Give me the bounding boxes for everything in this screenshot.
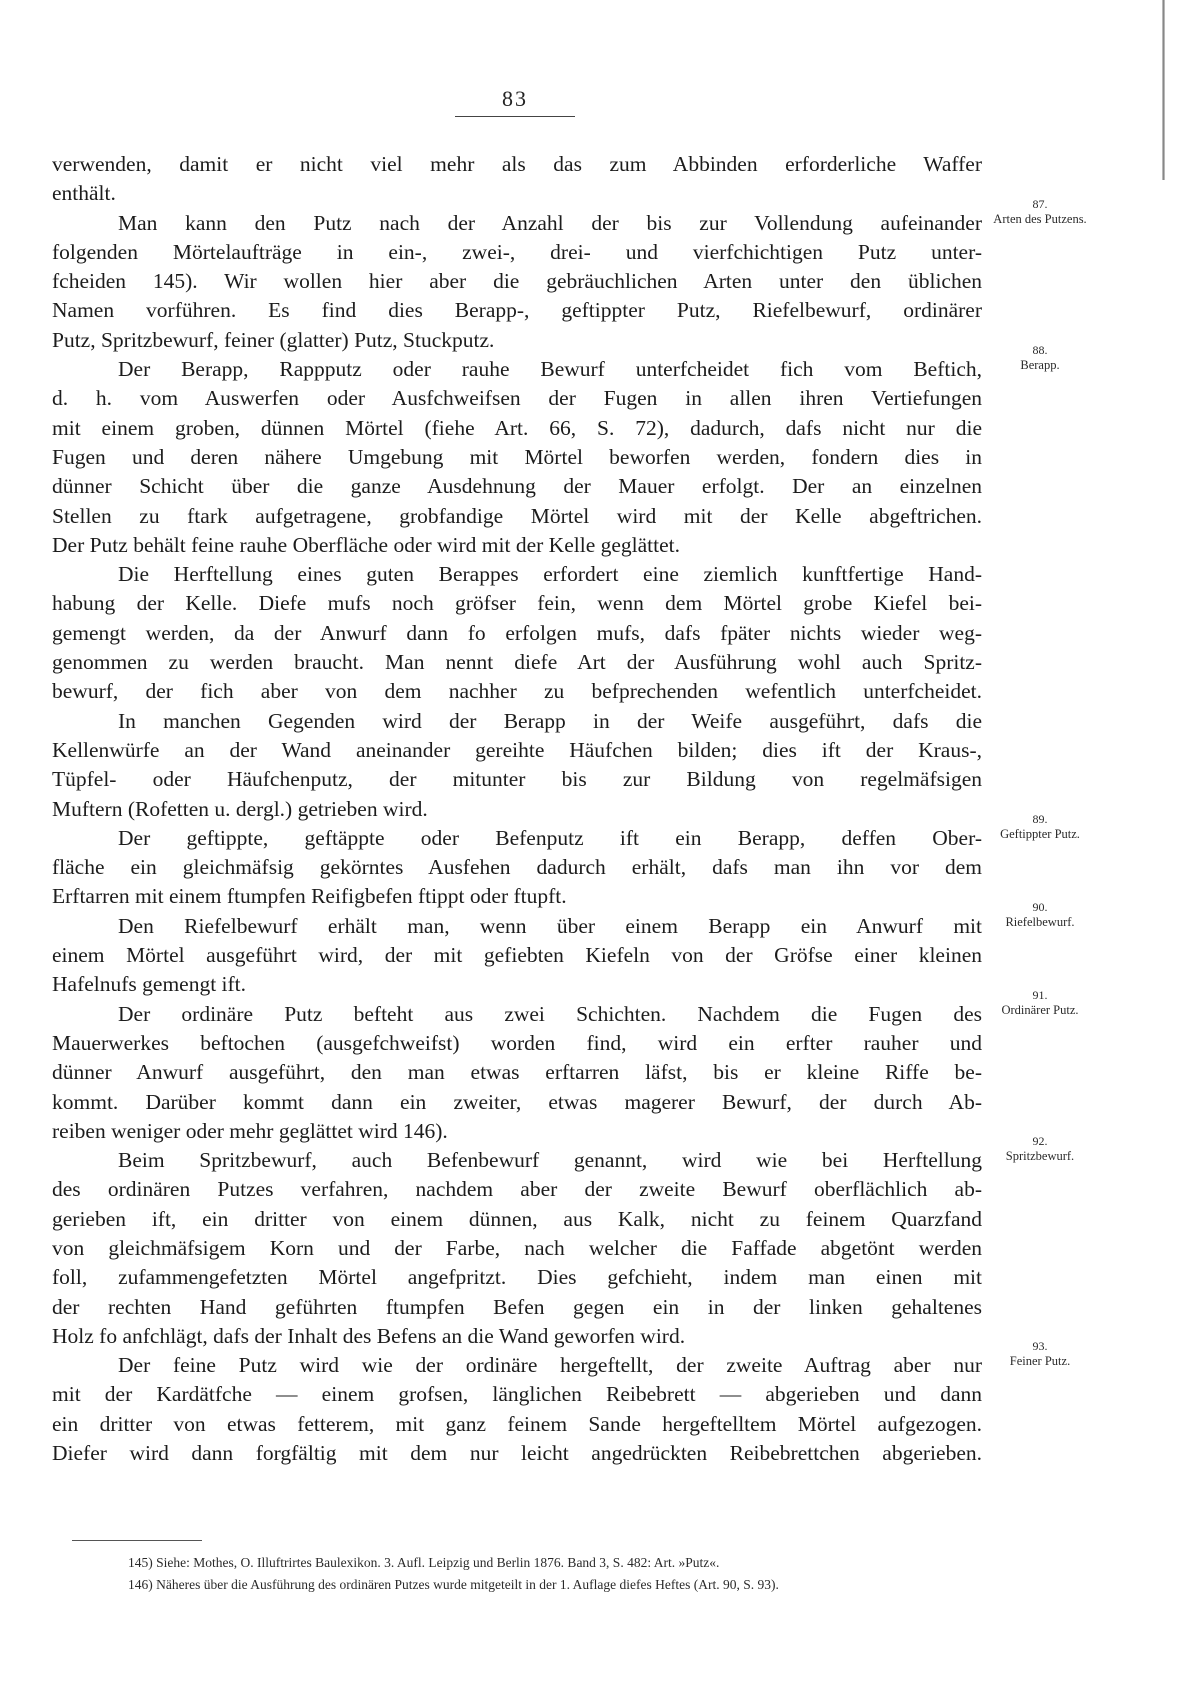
- margin-note: 88.Berapp.: [985, 343, 1095, 373]
- text-line: Der feine Putz wird wie der ordinäre her…: [52, 1351, 982, 1380]
- margin-note-label: Arten des Putzens.: [993, 212, 1086, 226]
- text-line: Tüpfel- oder Häufchenputz, der mitunter …: [52, 765, 982, 794]
- document-page: 83 verwenden, damit er nicht viel mehr a…: [0, 0, 1204, 1700]
- margin-note-number: 91.: [985, 988, 1095, 1003]
- text-line: habung der Kelle. Diefe mufs noch gröfse…: [52, 589, 982, 618]
- text-line: Erftarren mit einem ftumpfen Reifigbefen…: [52, 882, 982, 911]
- margin-note-label: Feiner Putz.: [1010, 1354, 1070, 1368]
- margin-note-label: Spritzbewurf.: [1006, 1149, 1074, 1163]
- footnote: 145) Siehe: Mothes, O. Illuftrirtes Baul…: [128, 1552, 1008, 1574]
- text-line: genommen zu werden braucht. Man nennt di…: [52, 648, 982, 677]
- text-line: Muftern (Rofetten u. dergl.) getrieben w…: [52, 795, 982, 824]
- text-line: von gleichmäfsigem Korn und der Farbe, n…: [52, 1234, 982, 1263]
- text-line: enthält.: [52, 179, 982, 208]
- margin-note: 89.Geftippter Putz.: [985, 812, 1095, 842]
- text-line: einem Mörtel ausgeführt wird, der mit ge…: [52, 941, 982, 970]
- margin-note-number: 87.: [985, 197, 1095, 212]
- text-line: reiben weniger oder mehr geglättet wird …: [52, 1117, 982, 1146]
- margin-note: 92.Spritzbewurf.: [985, 1134, 1095, 1164]
- text-line: fläche ein gleichmäfsig gekörntes Ausfeh…: [52, 853, 982, 882]
- margin-note: 93.Feiner Putz.: [985, 1339, 1095, 1369]
- page-header: 83: [455, 86, 575, 117]
- text-line: Der Berapp, Rappputz oder rauhe Bewurf u…: [52, 355, 982, 384]
- page-binding-edge: [1162, 0, 1165, 180]
- text-line: mit der Kardätfche — einem grofsen, läng…: [52, 1380, 982, 1409]
- margin-note-number: 89.: [985, 812, 1095, 827]
- margin-note-label: Geftippter Putz.: [1000, 827, 1080, 841]
- text-line: dünner Schicht über die ganze Ausdehnung…: [52, 472, 982, 501]
- text-line: bewurf, der fich aber von dem nachher zu…: [52, 677, 982, 706]
- text-line: Putz, Spritzbewurf, feiner (glatter) Put…: [52, 326, 982, 355]
- text-line: Kellenwürfe an der Wand aneinander gerei…: [52, 736, 982, 765]
- text-line: ein dritter von etwas fetterem, mit ganz…: [52, 1410, 982, 1439]
- text-line: gerieben ift, ein dritter von einem dünn…: [52, 1205, 982, 1234]
- text-line: Diefer wird dann forgfältig mit dem nur …: [52, 1439, 982, 1468]
- text-line: Mauerwerkes beftochen (ausgefchweifst) w…: [52, 1029, 982, 1058]
- text-line: Man kann den Putz nach der Anzahl der bi…: [52, 209, 982, 238]
- text-line: Der geftippte, geftäppte oder Befenputz …: [52, 824, 982, 853]
- header-rule: [455, 116, 575, 117]
- margin-note-label: Berapp.: [1020, 358, 1059, 372]
- margin-note-label: Riefelbewurf.: [1005, 915, 1074, 929]
- footnotes: 145) Siehe: Mothes, O. Illuftrirtes Baul…: [128, 1552, 1008, 1596]
- footnote: 146) Näheres über die Ausführung des ord…: [128, 1574, 1008, 1596]
- margin-note: 91.Ordinärer Putz.: [985, 988, 1095, 1018]
- text-line: Stellen zu ftark aufgetragene, grobfandi…: [52, 502, 982, 531]
- text-line: Namen vorführen. Es find dies Berapp-, g…: [52, 296, 982, 325]
- margin-note-number: 90.: [985, 900, 1095, 915]
- text-line: In manchen Gegenden wird der Berapp in d…: [52, 707, 982, 736]
- text-line: folgenden Mörtelaufträge in ein-, zwei-,…: [52, 238, 982, 267]
- margin-note-number: 92.: [985, 1134, 1095, 1149]
- text-line: Die Herftellung eines guten Berappes erf…: [52, 560, 982, 589]
- text-line: dünner Anwurf ausgeführt, den man etwas …: [52, 1058, 982, 1087]
- text-line: foll, zufammengefetzten Mörtel angefprit…: [52, 1263, 982, 1292]
- margin-note-number: 93.: [985, 1339, 1095, 1354]
- text-line: Der ordinäre Putz befteht aus zwei Schic…: [52, 1000, 982, 1029]
- margin-note: 90.Riefelbewurf.: [985, 900, 1095, 930]
- text-line: Der Putz behält feine rauhe Oberfläche o…: [52, 531, 982, 560]
- text-line: Fugen und deren nähere Umgebung mit Mört…: [52, 443, 982, 472]
- text-line: des ordinären Putzes verfahren, nachdem …: [52, 1175, 982, 1204]
- text-line: Beim Spritzbewurf, auch Befenbewurf gena…: [52, 1146, 982, 1175]
- text-line: gemengt werden, da der Anwurf dann fo er…: [52, 619, 982, 648]
- text-line: mit einem groben, dünnen Mörtel (fiehe A…: [52, 414, 982, 443]
- text-line: Den Riefelbewurf erhält man, wenn über e…: [52, 912, 982, 941]
- text-line: fcheiden 145). Wir wollen hier aber die …: [52, 267, 982, 296]
- text-line: kommt. Darüber kommt dann ein zweiter, e…: [52, 1088, 982, 1117]
- margin-note: 87.Arten des Putzens.: [985, 197, 1095, 227]
- page-number: 83: [455, 86, 575, 112]
- text-line: verwenden, damit er nicht viel mehr als …: [52, 150, 982, 179]
- footnote-rule: [72, 1540, 202, 1541]
- text-line: Holz fo anfchlägt, dafs der Inhalt des B…: [52, 1322, 982, 1351]
- body-text: verwenden, damit er nicht viel mehr als …: [52, 150, 982, 1468]
- text-line: d. h. vom Auswerfen oder Ausfchweifsen d…: [52, 384, 982, 413]
- margin-note-label: Ordinärer Putz.: [1001, 1003, 1078, 1017]
- margin-note-number: 88.: [985, 343, 1095, 358]
- text-line: Hafelnufs gemengt ift.: [52, 970, 982, 999]
- text-line: der rechten Hand geführten ftumpfen Befe…: [52, 1293, 982, 1322]
